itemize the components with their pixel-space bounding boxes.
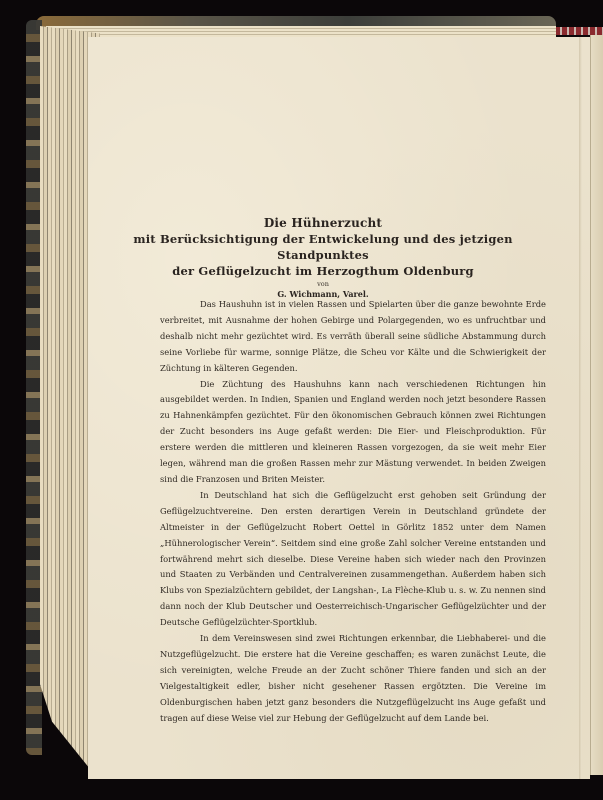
article-heading: Die Hühnerzucht mit Berücksichtigung der… [88,215,558,300]
article-subtitle-line-1: mit Berücksichtigung der Entwickelung un… [88,231,558,263]
paragraph-2: Die Züchtung des Haushuhns kann nach ver… [160,377,546,488]
book-ribbon-edge [555,27,603,35]
scanned-book-page: Die Hühnerzucht mit Berücksichtigung der… [0,0,603,800]
article-title: Die Hühnerzucht [88,215,558,231]
paragraph-4: In dem Vereinswesen sind zwei Richtungen… [160,631,546,726]
paragraph-1: Das Haushuhn ist in vielen Rassen und Sp… [160,297,546,377]
byline-prefix: von [88,280,558,289]
book-cover-marbled-edge [26,20,42,755]
facing-page-edge [590,35,603,775]
page-content: Die Hühnerzucht mit Berücksichtigung der… [88,37,590,779]
article-subtitle-line-2: der Geflügelzucht im Herzogthum Oldenbur… [88,263,558,279]
article-body: Das Haushuhn ist in vielen Rassen und Sp… [160,297,546,726]
paragraph-3: In Deutschland hat sich die Geflügelzuch… [160,488,546,631]
